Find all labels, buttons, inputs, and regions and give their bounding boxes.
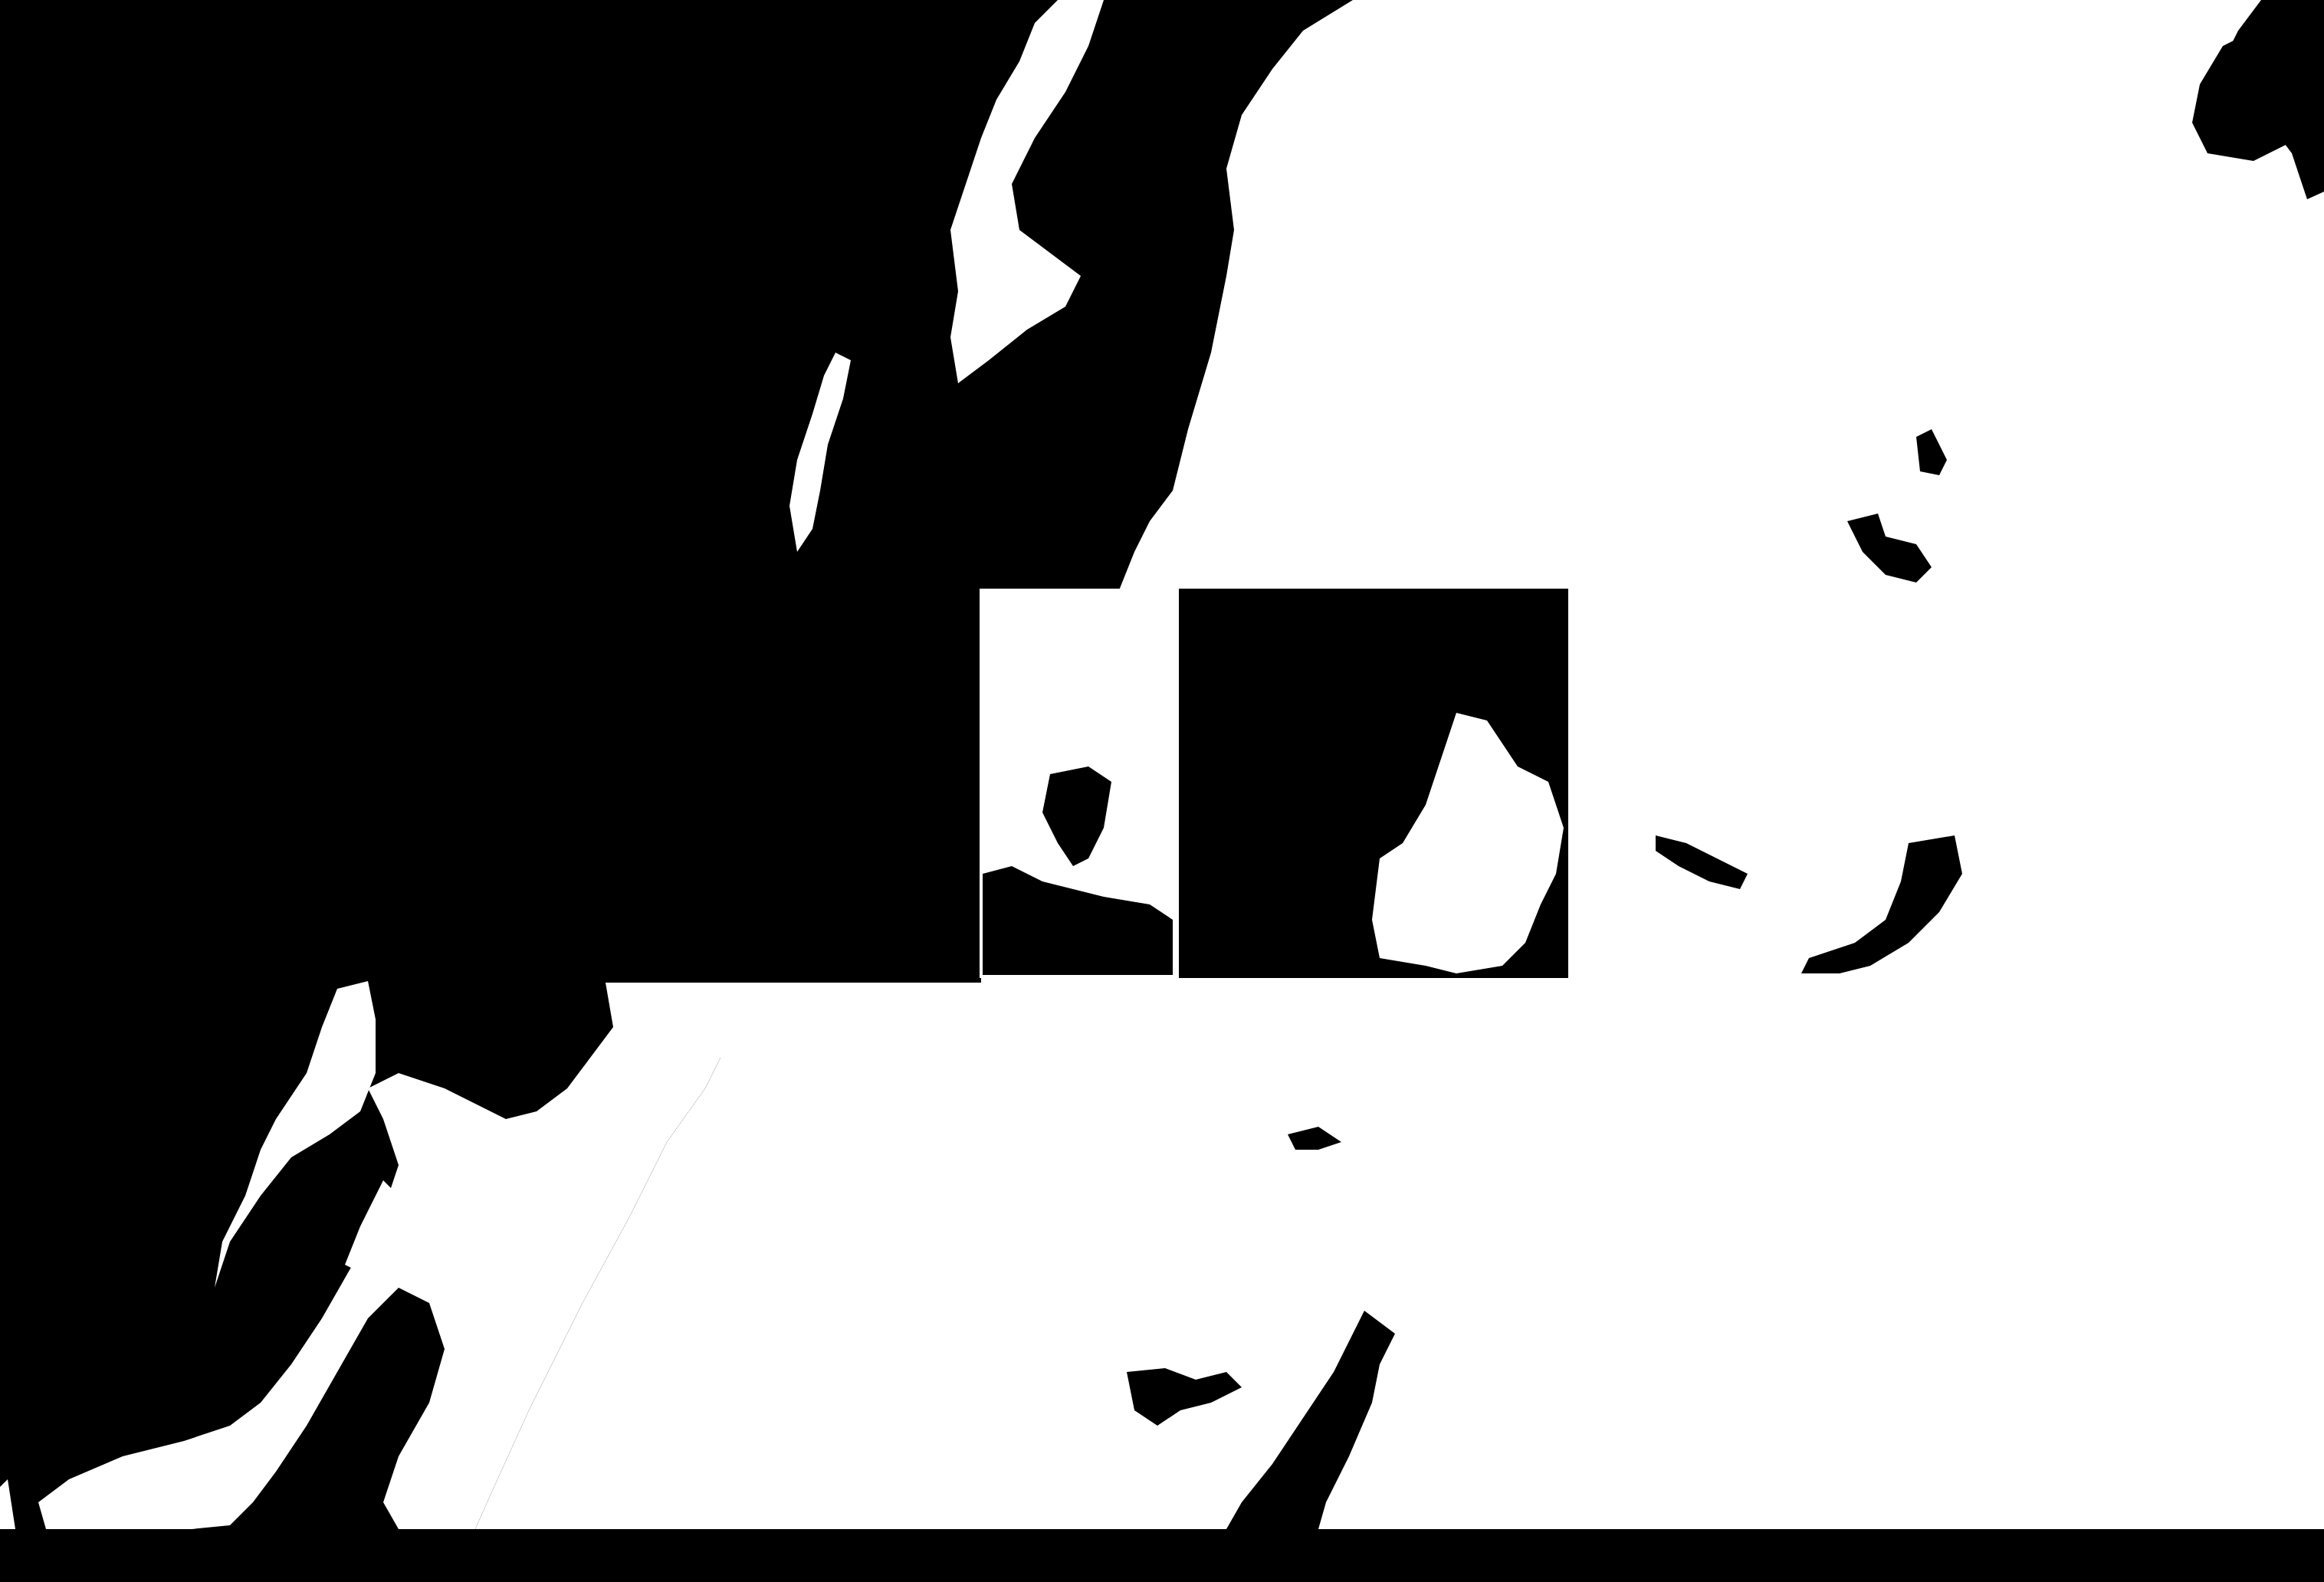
binary-mask-image xyxy=(0,0,2324,1582)
mask-bottom-strip xyxy=(0,1531,2324,1582)
